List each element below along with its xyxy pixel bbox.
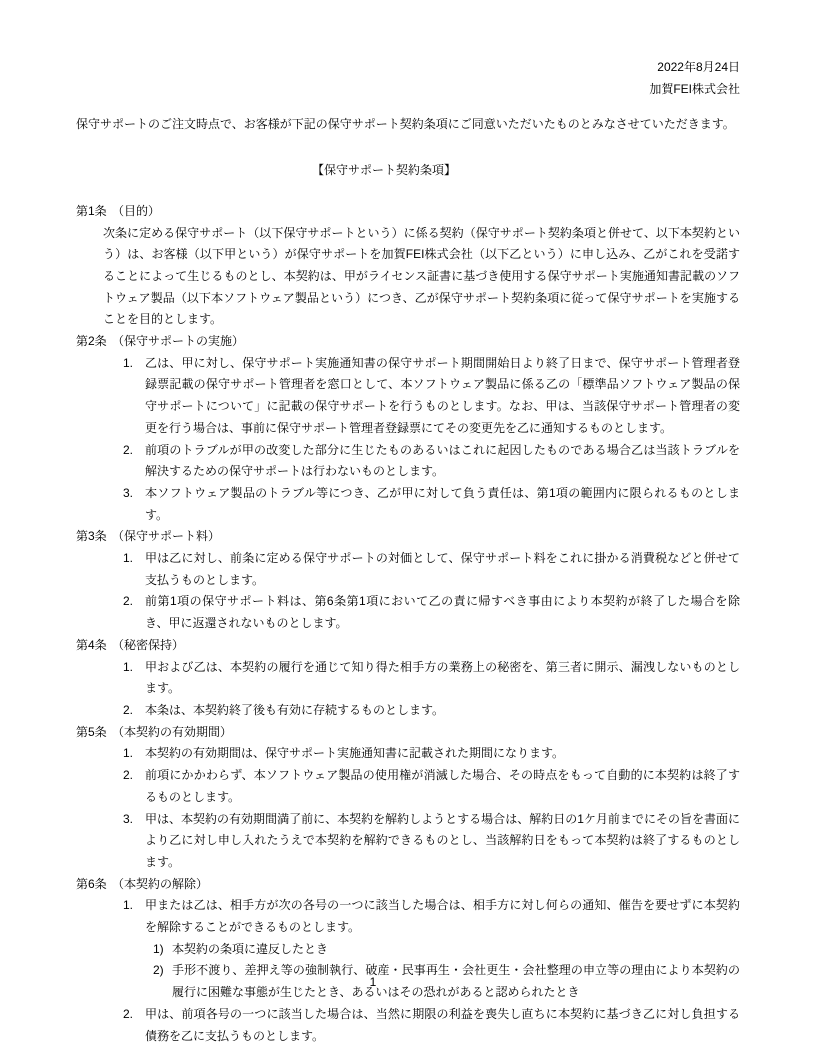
article-title: （秘密保持） [112, 635, 184, 657]
article-number: 第1条 [76, 201, 112, 223]
article-2-heading: 第2条 （保守サポートの実施） [76, 331, 740, 353]
document-date: 2022年8月24日 [76, 57, 740, 79]
clause-item: 1. 甲は乙に対し、前条に定める保守サポートの対価として、保守サポート料をこれに… [76, 548, 740, 591]
clause-text: 本契約の有効期間は、保守サポート実施通知書に記載された期間になります。 [145, 743, 740, 765]
sub-clause-text: 本契約の条項に違反したとき [172, 939, 740, 961]
clause-number: 1. [123, 743, 145, 765]
clause-number: 2. [123, 591, 145, 634]
clause-text: 本条は、本契約終了後も有効に存続するものとします。 [145, 700, 740, 722]
clause-number: 2. [123, 700, 145, 722]
clause-text: 前項のトラブルが甲の改変した部分に生じたものあるいはこれに起因したものである場合… [145, 440, 740, 483]
clause-number: 2. [123, 440, 145, 483]
clause-item: 1. 甲および乙は、本契約の履行を通じて知り得た相手方の業務上の秘密を、第三者に… [76, 657, 740, 700]
article-6: 第6条 （本契約の解除） 1. 甲または乙は、相手方が次の各号の一つに該当した場… [76, 874, 740, 1048]
clause-text: 甲および乙は、本契約の履行を通じて知り得た相手方の業務上の秘密を、第三者に開示、… [145, 657, 740, 700]
clause-item: 1. 甲または乙は、相手方が次の各号の一つに該当した場合は、相手方に対し何らの通… [76, 895, 740, 938]
clause-item: 2. 本条は、本契約終了後も有効に存続するものとします。 [76, 700, 740, 722]
articles-section: 第1条 （目的） 次条に定める保守サポート（以下保守サポートという）に係る契約（… [76, 201, 740, 1047]
clause-item: 1. 本契約の有効期間は、保守サポート実施通知書に記載された期間になります。 [76, 743, 740, 765]
article-3: 第3条 （保守サポート料） 1. 甲は乙に対し、前条に定める保守サポートの対価と… [76, 526, 740, 635]
clause-number: 1. [123, 548, 145, 591]
clause-item: 2. 前第1項の保守サポート料は、第6条第1項において乙の責に帰すべき事由により… [76, 591, 740, 634]
document-content: 2022年8月24日 加賀FEI株式会社 保守サポートのご注文時点で、お客様が下… [76, 57, 740, 1047]
article-number: 第2条 [76, 331, 112, 353]
clause-number: 1. [123, 895, 145, 938]
clause-number: 1. [123, 353, 145, 440]
article-number: 第4条 [76, 635, 112, 657]
sub-clause-item: 1) 本契約の条項に違反したとき [76, 939, 740, 961]
clause-text: 前項にかかわらず、本ソフトウェア製品の使用権が消滅した場合、その時点をもって自動… [145, 765, 740, 808]
sub-clause-number: 1) [153, 939, 172, 961]
article-5: 第5条 （本契約の有効期間） 1. 本契約の有効期間は、保守サポート実施通知書に… [76, 722, 740, 874]
article-1-heading: 第1条 （目的） [76, 201, 740, 223]
clause-text: 甲は、本契約の有効期間満了前に、本契約を解約しようとする場合は、解約日の1ケ月前… [145, 809, 740, 874]
clause-item: 2. 前項にかかわらず、本ソフトウェア製品の使用権が消滅した場合、その時点をもっ… [76, 765, 740, 808]
clause-item: 2. 甲は、前項各号の一つに該当した場合は、当然に期限の利益を喪失し直ちに本契約… [76, 1004, 740, 1047]
clause-number: 1. [123, 657, 145, 700]
document-header: 2022年8月24日 加賀FEI株式会社 [76, 57, 740, 100]
clause-item: 1. 乙は、甲に対し、保守サポート実施通知書の保守サポート期間開始日より終了日ま… [76, 353, 740, 440]
clause-text: 甲は乙に対し、前条に定める保守サポートの対価として、保守サポート料をこれに掛かる… [145, 548, 740, 591]
article-2: 第2条 （保守サポートの実施） 1. 乙は、甲に対し、保守サポート実施通知書の保… [76, 331, 740, 526]
article-body: 次条に定める保守サポート（以下保守サポートという）に係る契約（保守サポート契約条… [103, 223, 740, 332]
intro-paragraph: 保守サポートのご注文時点で、お客様が下記の保守サポート契約条項にご同意いただいた… [76, 114, 740, 136]
article-1: 第1条 （目的） 次条に定める保守サポート（以下保守サポートという）に係る契約（… [76, 201, 740, 331]
document-page: 2022年8月24日 加賀FEI株式会社 保守サポートのご注文時点で、お客様が下… [0, 0, 816, 1056]
article-title: （目的） [112, 201, 160, 223]
article-title: （保守サポート料） [112, 526, 220, 548]
clause-number: 2. [123, 765, 145, 808]
article-number: 第3条 [76, 526, 112, 548]
clause-text: 本ソフトウェア製品のトラブル等につき、乙が甲に対して負う責任は、第1項の範囲内に… [145, 483, 740, 526]
article-number: 第5条 [76, 722, 112, 744]
article-title: （本契約の解除） [112, 874, 208, 896]
article-6-heading: 第6条 （本契約の解除） [76, 874, 740, 896]
clause-item: 2. 前項のトラブルが甲の改変した部分に生じたものあるいはこれに起因したものであ… [76, 440, 740, 483]
clause-number: 2. [123, 1004, 145, 1047]
clause-number: 3. [123, 809, 145, 874]
clause-text: 甲または乙は、相手方が次の各号の一つに該当した場合は、相手方に対し何らの通知、催… [145, 895, 740, 938]
article-number: 第6条 [76, 874, 112, 896]
page-number: 1 [370, 975, 377, 989]
article-3-heading: 第3条 （保守サポート料） [76, 526, 740, 548]
page-footer: 1 [76, 972, 740, 994]
article-title: （保守サポートの実施） [112, 331, 244, 353]
clause-text: 乙は、甲に対し、保守サポート実施通知書の保守サポート期間開始日より終了日まで、保… [145, 353, 740, 440]
document-company: 加賀FEI株式会社 [76, 79, 740, 101]
article-4: 第4条 （秘密保持） 1. 甲および乙は、本契約の履行を通じて知り得た相手方の業… [76, 635, 740, 722]
article-5-heading: 第5条 （本契約の有効期間） [76, 722, 740, 744]
clause-text: 甲は、前項各号の一つに該当した場合は、当然に期限の利益を喪失し直ちに本契約に基づ… [145, 1004, 740, 1047]
article-4-heading: 第4条 （秘密保持） [76, 635, 740, 657]
clause-item: 3. 本ソフトウェア製品のトラブル等につき、乙が甲に対して負う責任は、第1項の範… [76, 483, 740, 526]
clause-item: 3. 甲は、本契約の有効期間満了前に、本契約を解約しようとする場合は、解約日の1… [76, 809, 740, 874]
document-title: 【保守サポート契約条項】 [76, 160, 740, 182]
clause-number: 3. [123, 483, 145, 526]
article-title: （本契約の有効期間） [112, 722, 232, 744]
clause-text: 前第1項の保守サポート料は、第6条第1項において乙の責に帰すべき事由により本契約… [145, 591, 740, 634]
